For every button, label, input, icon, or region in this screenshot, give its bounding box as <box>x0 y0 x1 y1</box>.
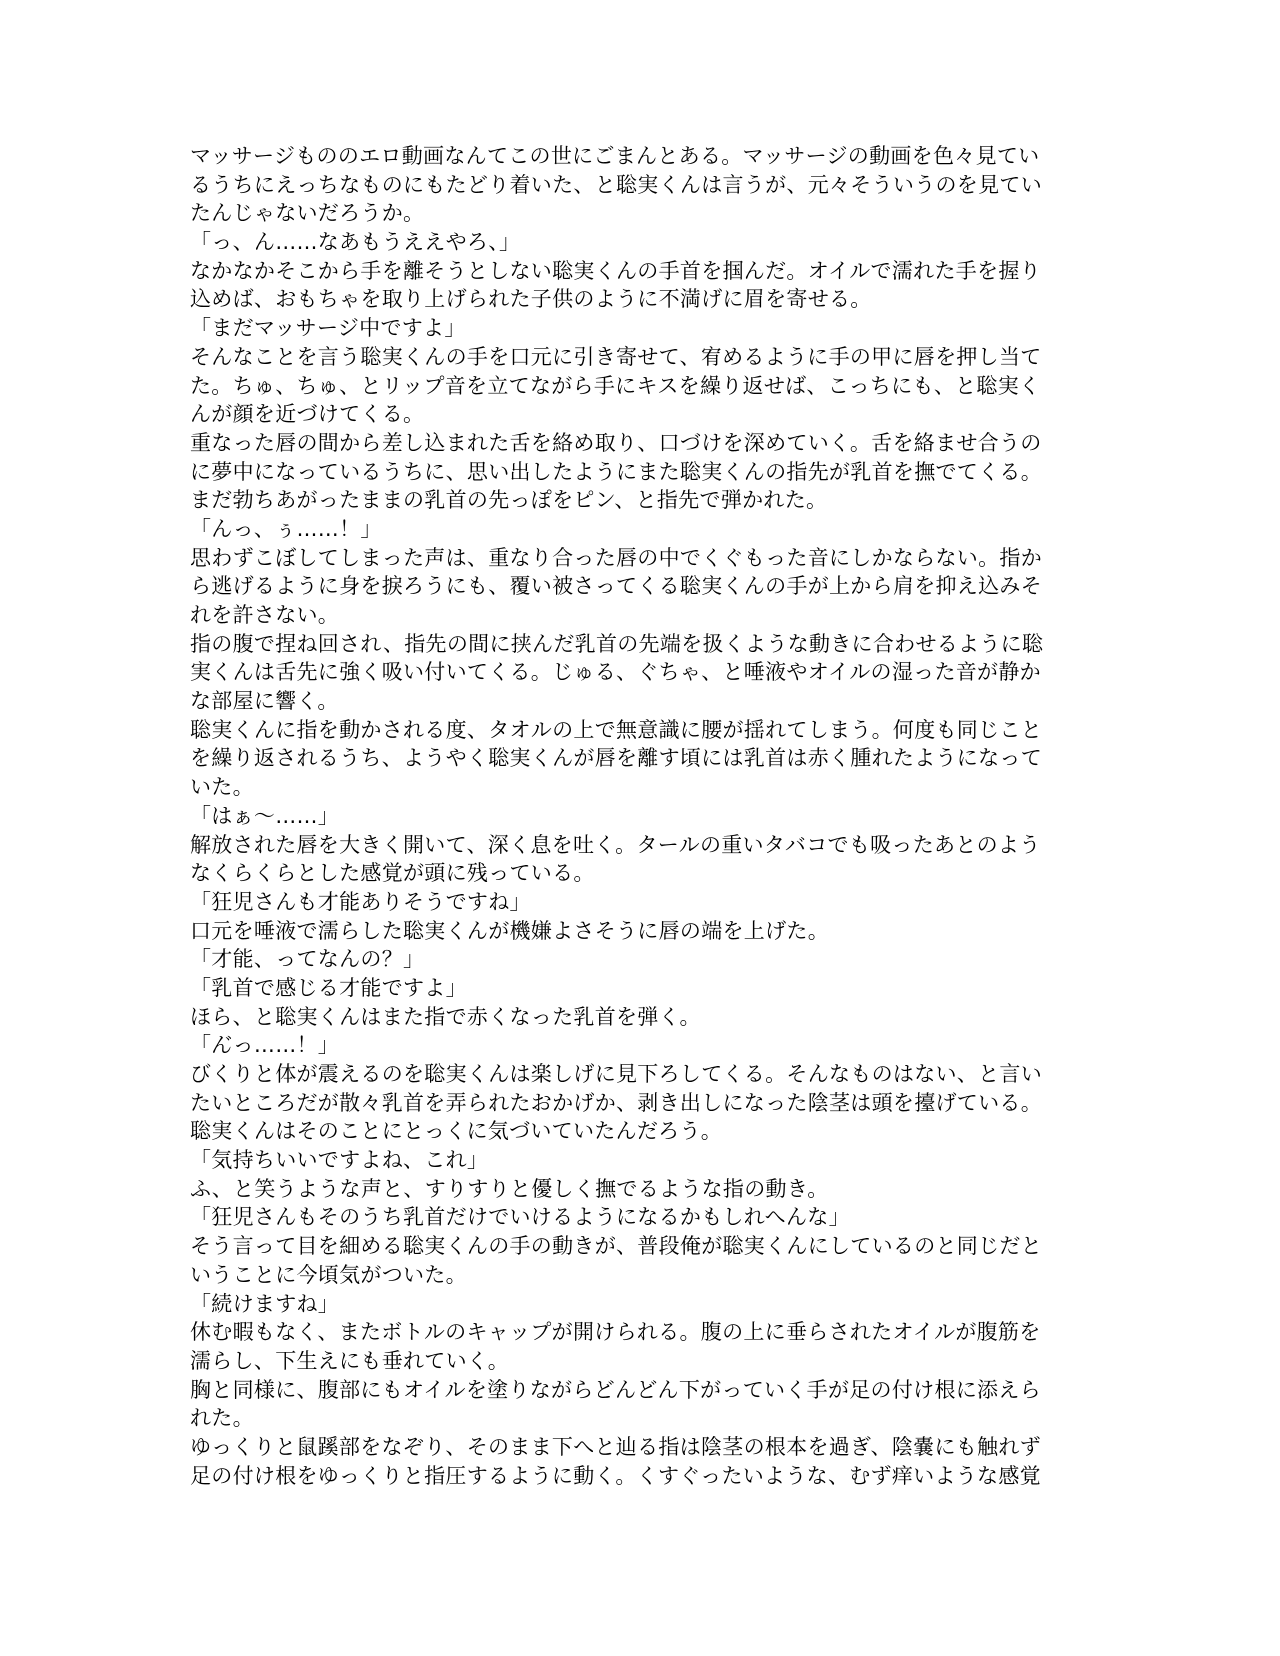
text-line: 解放された唇を大きく開いて、深く息を吐く。タールの重いタバコでも吸ったあとのよう <box>190 831 1050 860</box>
text-line: マッサージもののエロ動画なんてこの世にごまんとある。マッサージの動画を色々見てい <box>190 142 1050 171</box>
text-line: 口元を唾液で濡らした聡実くんが機嫌よさそうに唇の端を上げた。 <box>190 917 1050 946</box>
text-line: なかなかそこから手を離そうとしない聡実くんの手首を掴んだ。オイルで濡れた手を握り <box>190 257 1050 286</box>
text-line: 「才能、ってなんの？」 <box>190 945 1050 974</box>
text-line: 「狂児さんもそのうち乳首だけでいけるようになるかもしれへんな」 <box>190 1203 1050 1232</box>
text-line: なくらくらとした感覚が頭に残っている。 <box>190 859 1050 888</box>
text-line: 聡実くんはそのことにとっくに気づいていたんだろう。 <box>190 1117 1050 1146</box>
text-line: 聡実くんに指を動かされる度、タオルの上で無意識に腰が揺れてしまう。何度も同じこと <box>190 716 1050 745</box>
text-line: いうことに今頃気がついた。 <box>190 1261 1050 1290</box>
text-line: 濡らし、下生えにも垂れていく。 <box>190 1347 1050 1376</box>
text-line: れた。 <box>190 1404 1050 1433</box>
text-line: 「まだマッサージ中ですよ」 <box>190 314 1050 343</box>
text-line: るうちにえっちなものにもたどり着いた、と聡実くんは言うが、元々そういうのを見てい <box>190 171 1050 200</box>
text-line: 「ん゙っ……！」 <box>190 1031 1050 1060</box>
text-line: 「狂児さんも才能ありそうですね」 <box>190 888 1050 917</box>
text-line: ゆっくりと鼠蹊部をなぞり、そのまま下へと辿る指は陰茎の根本を過ぎ、陰嚢にも触れず <box>190 1433 1050 1462</box>
text-line: たいところだが散々乳首を弄られたおかげか、剥き出しになった陰茎は頭を擡げている。 <box>190 1089 1050 1118</box>
text-line: ふ、と笑うような声と、すりすりと優しく撫でるような指の動き。 <box>190 1175 1050 1204</box>
text-line: まだ勃ちあがったままの乳首の先っぽをピン、と指先で弾かれた。 <box>190 486 1050 515</box>
text-line: 込めば、おもちゃを取り上げられた子供のように不満げに眉を寄せる。 <box>190 285 1050 314</box>
text-line: れを許さない。 <box>190 601 1050 630</box>
text-line: 「っ、ん……なあもうええやろ、」 <box>190 228 1050 257</box>
text-line: そんなことを言う聡実くんの手を口元に引き寄せて、宥めるように手の甲に唇を押し当て <box>190 343 1050 372</box>
text-line: そう言って目を細める聡実くんの手の動きが、普段俺が聡実くんにしているのと同じだと <box>190 1232 1050 1261</box>
text-line: んが顔を近づけてくる。 <box>190 400 1050 429</box>
text-line: を繰り返されるうち、ようやく聡実くんが唇を離す頃には乳首は赤く腫れたようになって <box>190 744 1050 773</box>
text-line: 「はぁ～……」 <box>190 802 1050 831</box>
text-line: 休む暇もなく、またボトルのキャップが開けられる。腹の上に垂らされたオイルが腹筋を <box>190 1318 1050 1347</box>
text-line: 重なった唇の間から差し込まれた舌を絡め取り、口づけを深めていく。舌を絡ませ合うの <box>190 429 1050 458</box>
text-line: いた。 <box>190 773 1050 802</box>
text-line: たんじゃないだろうか。 <box>190 199 1050 228</box>
text-line: びくりと体が震えるのを聡実くんは楽しげに見下ろしてくる。そんなものはない、と言い <box>190 1060 1050 1089</box>
text-line: 指の腹で捏ね回され、指先の間に挟んだ乳首の先端を扱くような動きに合わせるように聡 <box>190 630 1050 659</box>
text-line: 「気持ちいいですよね、これ」 <box>190 1146 1050 1175</box>
text-line: 「続けますね」 <box>190 1290 1050 1319</box>
text-line: 「乳首で感じる才能ですよ」 <box>190 974 1050 1003</box>
document-text: マッサージもののエロ動画なんてこの世にごまんとある。マッサージの動画を色々見てい… <box>190 142 1050 1490</box>
text-line: な部屋に響く。 <box>190 687 1050 716</box>
text-line: ほら、と聡実くんはまた指で赤くなった乳首を弾く。 <box>190 1003 1050 1032</box>
text-line: 胸と同様に、腹部にもオイルを塗りながらどんどん下がっていく手が足の付け根に添えら <box>190 1376 1050 1405</box>
text-line: た。ちゅ、ちゅ、とリップ音を立てながら手にキスを繰り返せば、こっちにも、と聡実く <box>190 372 1050 401</box>
text-line: 実くんは舌先に強く吸い付いてくる。じゅる、ぐちゃ、と唾液やオイルの湿った音が静か <box>190 658 1050 687</box>
document-page: マッサージもののエロ動画なんてこの世にごまんとある。マッサージの動画を色々見てい… <box>0 0 1280 1656</box>
text-line: 足の付け根をゆっくりと指圧するように動く。くすぐったいような、むず痒いような感覚 <box>190 1462 1050 1491</box>
text-line: に夢中になっているうちに、思い出したようにまた聡実くんの指先が乳首を撫でてくる。 <box>190 458 1050 487</box>
text-line: 「んっ、ぅ……！」 <box>190 515 1050 544</box>
text-line: ら逃げるように身を捩ろうにも、覆い被さってくる聡実くんの手が上から肩を抑え込みそ <box>190 572 1050 601</box>
text-line: 思わずこぼしてしまった声は、重なり合った唇の中でくぐもった音にしかならない。指か <box>190 544 1050 573</box>
